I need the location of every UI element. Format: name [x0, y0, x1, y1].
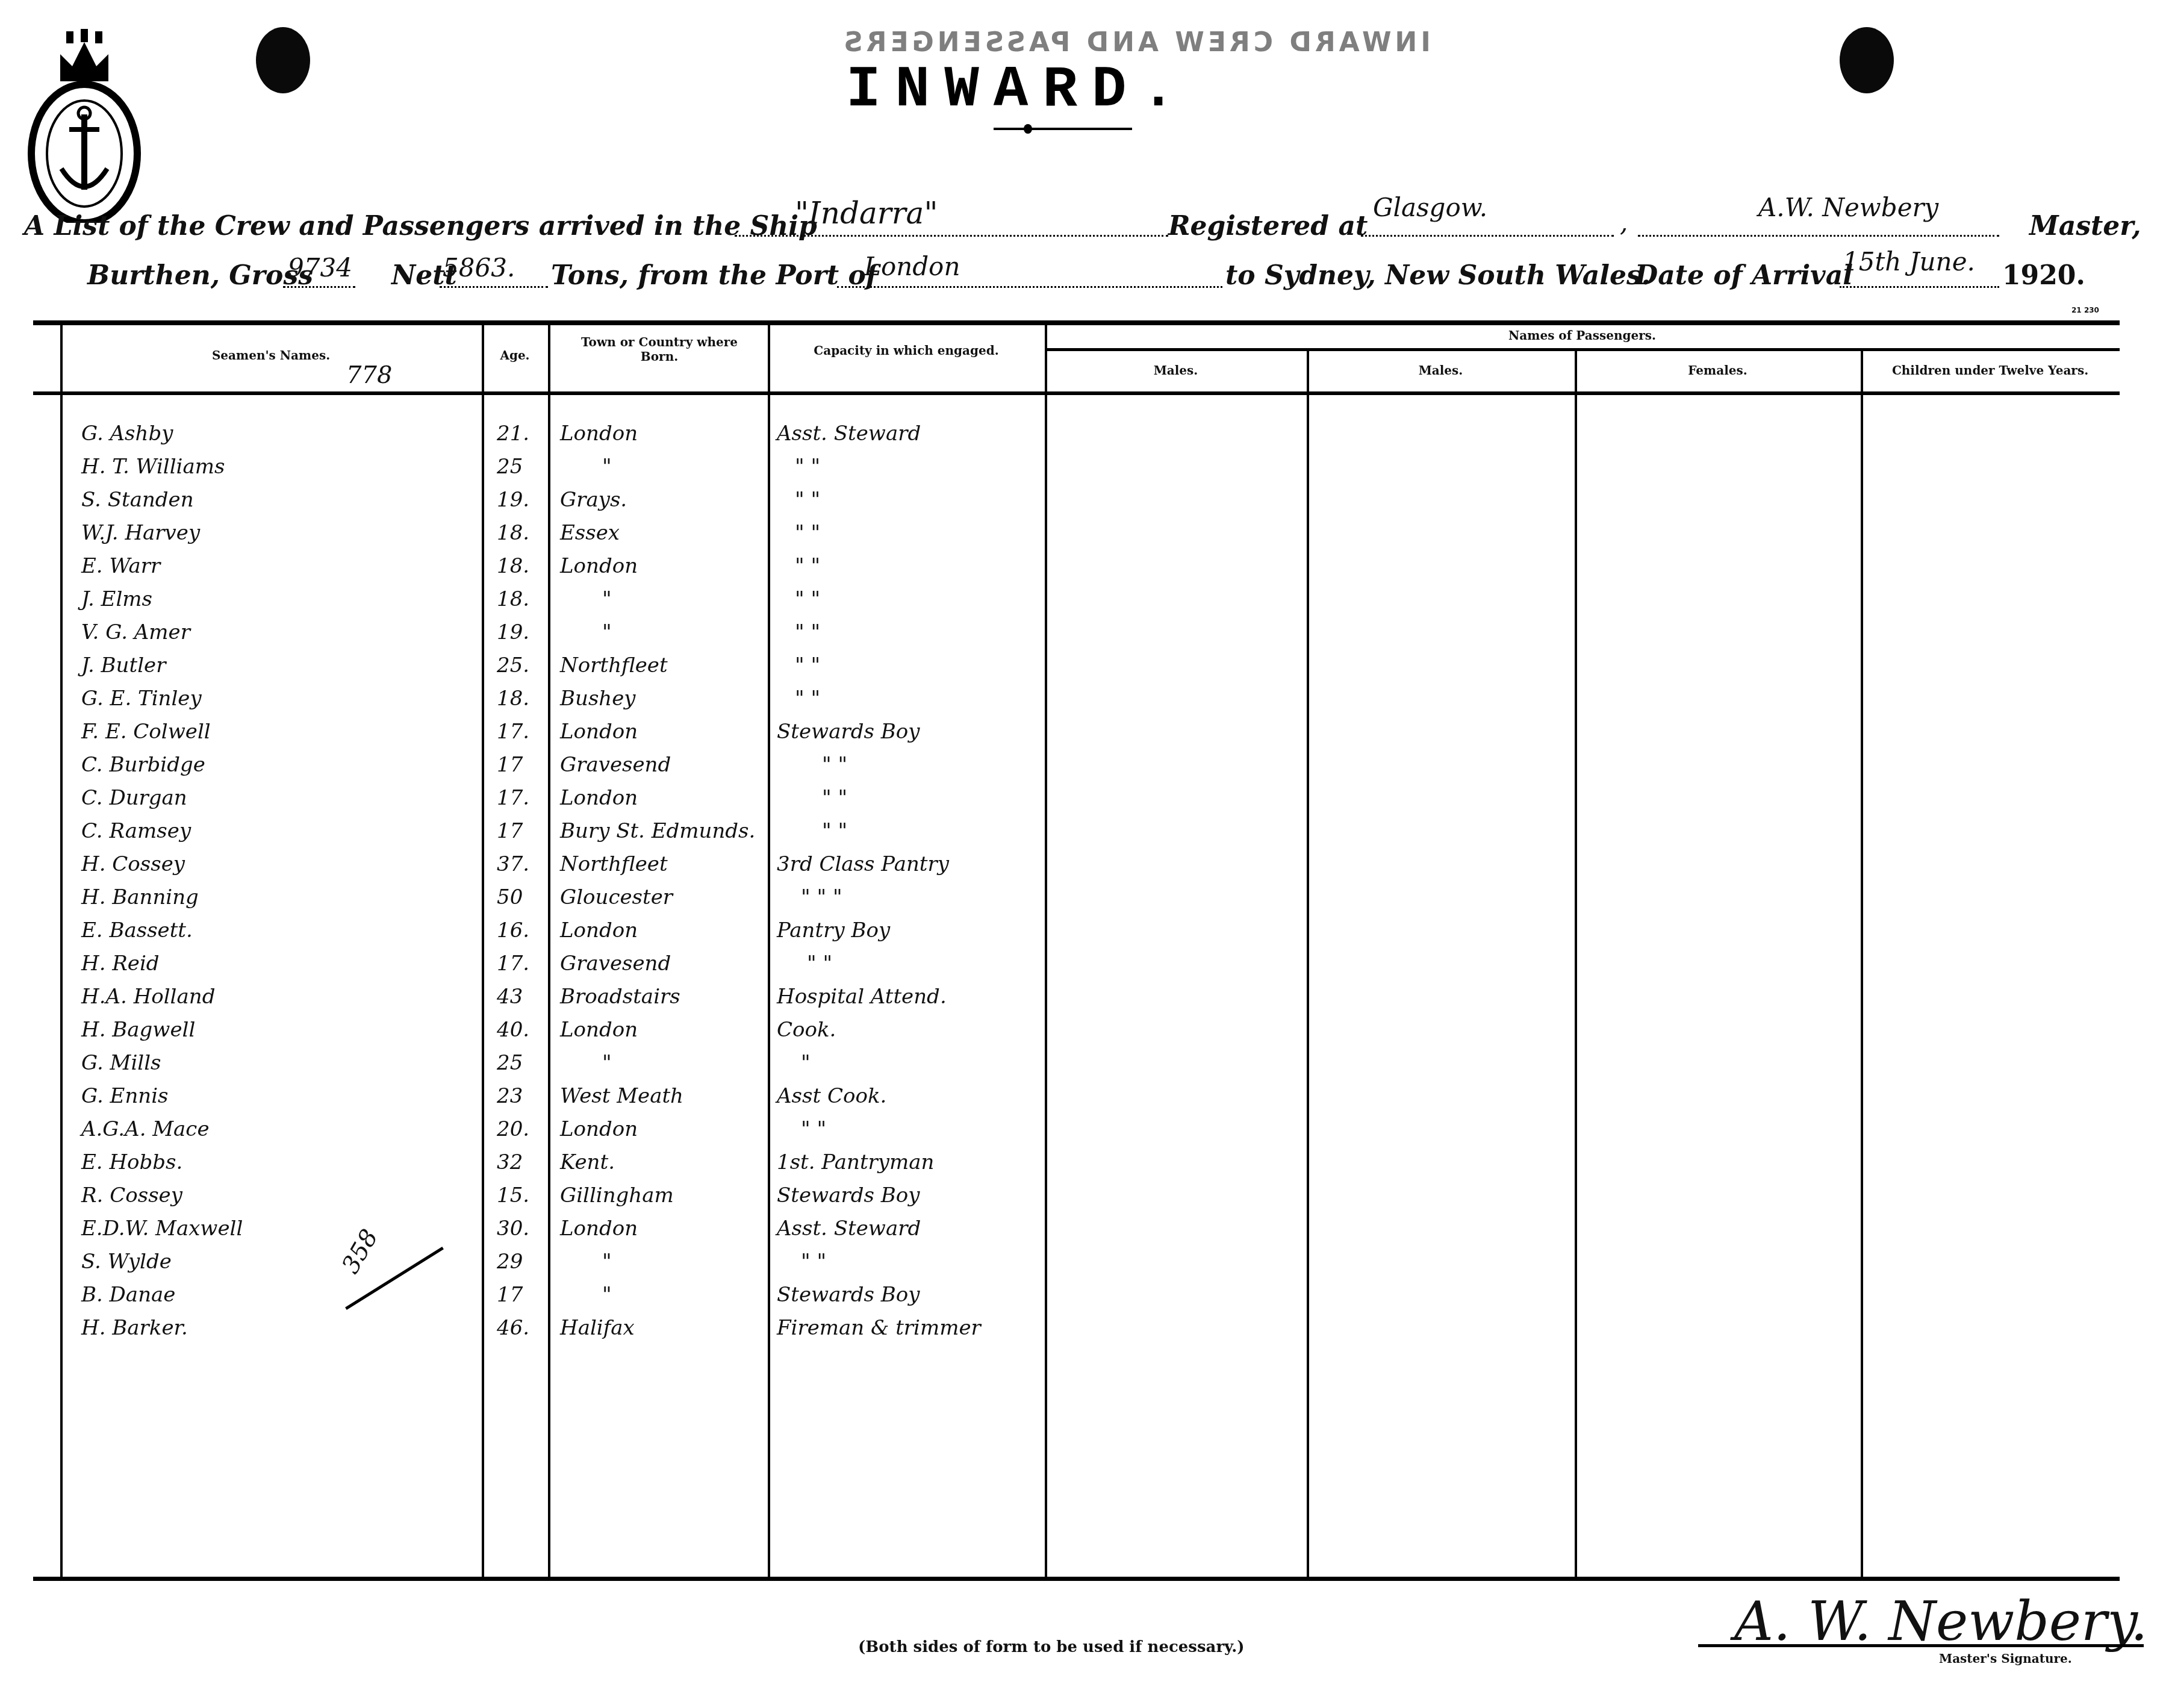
- seaman-birthplace: ": [602, 455, 612, 479]
- seaman-birthplace: London: [560, 554, 638, 578]
- seaman-capacity: Stewards Boy: [777, 720, 920, 744]
- table-row: C. Ramsey17Bury St. Edmunds." ": [0, 819, 1045, 852]
- col-header-children: Children under Twelve Years.: [1861, 363, 2120, 378]
- seaman-name: G. Mills: [81, 1051, 161, 1075]
- seaman-name: V. G. Amer: [81, 620, 190, 644]
- seaman-capacity: " ": [807, 952, 832, 976]
- seaman-birthplace: London: [560, 422, 638, 446]
- seaman-name: S. Wylde: [81, 1250, 172, 1274]
- col-divider-females-children: [1861, 351, 1863, 1579]
- seaman-age: 15.: [497, 1183, 529, 1208]
- seaman-age: 19.: [497, 488, 529, 512]
- seaman-age: 30.: [497, 1217, 529, 1241]
- col-divider-males-males: [1307, 351, 1309, 1579]
- seaman-birthplace: Grays.: [560, 488, 627, 512]
- bleed-through-text: INWARD CREW AND PASSENGERS: [840, 27, 1431, 58]
- col-header-passengers: Names of Passengers.: [1045, 328, 2120, 343]
- seaman-name: A.G.A. Mace: [81, 1117, 210, 1141]
- table-row: E. Bassett.16.LondonPantry Boy: [0, 918, 1045, 952]
- master-name-value: A.W. Newbery: [1758, 193, 1938, 222]
- seaman-age: 16.: [497, 918, 529, 943]
- table-row: A.G.A. Mace20.London" ": [0, 1117, 1045, 1150]
- table-top-rule: [33, 320, 2120, 325]
- registered-port-value: Glasgow.: [1373, 193, 1487, 222]
- seaman-name: C. Ramsey: [81, 819, 191, 843]
- seaman-capacity: Pantry Boy: [777, 918, 890, 943]
- col-header-name: Seamen's Names.: [60, 348, 482, 363]
- table-row: H. Banning50Gloucester" " ": [0, 885, 1045, 918]
- signature-line: [1698, 1644, 2144, 1647]
- table-row: B. Danae17"Stewards Boy: [0, 1283, 1045, 1316]
- seaman-name: C. Durgan: [81, 786, 187, 810]
- seaman-name: J. Butler: [81, 653, 166, 678]
- seaman-age: 17: [497, 753, 523, 777]
- table-row: J. Butler25.Northfleet" ": [0, 653, 1045, 687]
- seaman-age: 25: [497, 1051, 523, 1075]
- seaman-name: G. Ennis: [81, 1084, 169, 1108]
- from-port-label: Tons, from the Port of: [551, 260, 877, 291]
- seaman-capacity: Asst Cook.: [777, 1084, 886, 1108]
- seaman-birthplace: Bury St. Edmunds.: [560, 819, 755, 843]
- seaman-age: 17: [497, 819, 523, 843]
- seaman-name: C. Burbidge: [81, 753, 205, 777]
- table-row: C. Durgan17.London" ": [0, 786, 1045, 819]
- seaman-capacity: " " ": [801, 885, 842, 909]
- page-title: INWARD.: [846, 57, 1190, 123]
- seaman-age: 50: [497, 885, 523, 909]
- seaman-name: H. Banning: [81, 885, 199, 909]
- seaman-birthplace: ": [602, 1283, 612, 1307]
- burthen-label: Burthen, Gross: [87, 260, 313, 291]
- seaman-age: 46.: [497, 1316, 529, 1340]
- seaman-name: H. Reid: [81, 952, 160, 976]
- seaman-birthplace: Gravesend: [560, 753, 671, 777]
- table-row: S. Wylde29"" ": [0, 1250, 1045, 1283]
- arrival-field-line: [1840, 286, 1999, 288]
- seaman-birthplace: London: [560, 786, 638, 810]
- seaman-birthplace: Essex: [560, 521, 620, 545]
- from-port-field-line: [837, 286, 1222, 288]
- registered-field-line: [1361, 235, 1614, 237]
- table-row: G. Ennis23West MeathAsst Cook.: [0, 1084, 1045, 1117]
- seaman-age: 17.: [497, 952, 529, 976]
- header-bottom-rule: [33, 391, 2120, 395]
- seaman-birthplace: London: [560, 1117, 638, 1141]
- table-row: H. T. Williams25"" ": [0, 455, 1045, 488]
- seaman-capacity: " ": [822, 753, 847, 777]
- seaman-birthplace: Broadstairs: [560, 985, 680, 1009]
- table-row: V. G. Amer19."" ": [0, 620, 1045, 653]
- passenger-group-rule: [1045, 348, 2120, 351]
- table-row: H. Barker.46.HalifaxFireman & trimmer: [0, 1316, 1045, 1349]
- gross-field-line: [283, 286, 355, 288]
- signature-label: Master's Signature.: [1939, 1651, 2072, 1666]
- seaman-age: 17.: [497, 720, 529, 744]
- arrival-label: Date of Arrival: [1635, 260, 1853, 291]
- table-row: H. Cossey37.Northfleet3rd Class Pantry: [0, 852, 1045, 885]
- seaman-capacity: Stewards Boy: [777, 1283, 920, 1307]
- table-bottom-rule: [33, 1577, 2120, 1581]
- seaman-capacity: " ": [795, 488, 820, 512]
- nett-field-line: [440, 286, 548, 288]
- seaman-birthplace: Gravesend: [560, 952, 671, 976]
- comma: ,: [1620, 208, 1628, 237]
- seaman-birthplace: ": [602, 587, 612, 611]
- seaman-age: 18.: [497, 521, 529, 545]
- seaman-age: 17.: [497, 786, 529, 810]
- footnote: (Both sides of form to be used if necess…: [858, 1638, 1245, 1656]
- seaman-name: J. Elms: [81, 587, 152, 611]
- seaman-birthplace: London: [560, 1217, 638, 1241]
- seaman-age: 43: [497, 985, 523, 1009]
- seaman-birthplace: Gloucester: [560, 885, 673, 909]
- title-ornament: [994, 128, 1132, 130]
- seaman-capacity: " ": [801, 1117, 826, 1141]
- col-divider-males-females: [1575, 351, 1577, 1579]
- seaman-age: 18.: [497, 554, 529, 578]
- registered-label: Registered at: [1168, 211, 1368, 242]
- seaman-name: W.J. Harvey: [81, 521, 200, 545]
- seaman-birthplace: London: [560, 720, 638, 744]
- seaman-capacity: ": [801, 1051, 811, 1075]
- col-header-capacity: Capacity in which engaged.: [768, 343, 1045, 358]
- seaman-capacity: Asst. Steward: [777, 1217, 921, 1241]
- seaman-birthplace: West Meath: [560, 1084, 683, 1108]
- seaman-birthplace: Halifax: [560, 1316, 635, 1340]
- seaman-birthplace: ": [602, 620, 612, 644]
- seaman-name: B. Danae: [81, 1283, 175, 1307]
- seaman-birthplace: Northfleet: [560, 852, 668, 876]
- form-number: 21 230: [2071, 306, 2099, 314]
- master-field-line: [1638, 235, 1999, 237]
- seaman-capacity: " ": [795, 554, 820, 578]
- table-row: E.D.W. Maxwell30.LondonAsst. Steward: [0, 1217, 1045, 1250]
- col-header-age: Age.: [482, 348, 548, 363]
- seaman-name: H. Cossey: [81, 852, 185, 876]
- seaman-age: 29: [497, 1250, 523, 1274]
- table-row: W.J. Harvey18.Essex" ": [0, 521, 1045, 554]
- seaman-age: 18.: [497, 587, 529, 611]
- table-row: C. Burbidge17Gravesend" ": [0, 753, 1045, 786]
- nett-tons-value: 5863.: [443, 253, 515, 282]
- master-label: Master,: [2029, 211, 2141, 242]
- seaman-birthplace: ": [602, 1051, 612, 1075]
- col-header-males-1: Males.: [1045, 363, 1307, 378]
- seaman-name: F. E. Colwell: [81, 720, 211, 744]
- table-row: G. Ashby21.LondonAsst. Steward: [0, 422, 1045, 455]
- seaman-name: H. Barker.: [81, 1316, 188, 1340]
- header-line1-label: A List of the Crew and Passengers arrive…: [24, 211, 817, 242]
- seaman-capacity: 1st. Pantryman: [777, 1150, 934, 1174]
- table-row: H. Bagwell40.LondonCook.: [0, 1018, 1045, 1051]
- seaman-capacity: Stewards Boy: [777, 1183, 920, 1208]
- seaman-birthplace: Kent.: [560, 1150, 615, 1174]
- seaman-age: 18.: [497, 687, 529, 711]
- seaman-name: G. E. Tinley: [81, 687, 202, 711]
- table-row: J. Elms18."" ": [0, 587, 1045, 620]
- seaman-age: 21.: [497, 422, 529, 446]
- col-header-females: Females.: [1575, 363, 1861, 378]
- seaman-birthplace: London: [560, 1018, 638, 1042]
- seaman-age: 25.: [497, 653, 529, 678]
- seaman-capacity: " ": [822, 786, 847, 810]
- arrival-year: 1920.: [2002, 260, 2085, 291]
- seaman-age: 23: [497, 1084, 523, 1108]
- seaman-name: E. Warr: [81, 554, 160, 578]
- table-row: E. Warr18.London" ": [0, 554, 1045, 587]
- seaman-name: H. T. Williams: [81, 455, 225, 479]
- col-header-males-2: Males.: [1307, 363, 1575, 378]
- destination-label: to Sydney, New South Wales.: [1225, 260, 1651, 291]
- table-row: H.A. Holland43BroadstairsHospital Attend…: [0, 985, 1045, 1018]
- seaman-name: H. Bagwell: [81, 1018, 195, 1042]
- table-row: G. E. Tinley18.Bushey" ": [0, 687, 1045, 720]
- ship-name-value: "Indarra": [795, 196, 938, 231]
- seaman-age: 37.: [497, 852, 529, 876]
- seaman-capacity: Cook.: [777, 1018, 836, 1042]
- table-row: G. Mills25"": [0, 1051, 1045, 1084]
- seaman-capacity: " ": [795, 687, 820, 711]
- table-row: S. Standen19.Grays." ": [0, 488, 1045, 521]
- seaman-capacity: " ": [795, 653, 820, 678]
- punch-hole-left: [256, 27, 310, 93]
- seaman-birthplace: ": [602, 1250, 612, 1274]
- seaman-age: 20.: [497, 1117, 529, 1141]
- seaman-birthplace: London: [560, 918, 638, 943]
- seaman-capacity: " ": [795, 455, 820, 479]
- seaman-capacity: " ": [795, 587, 820, 611]
- gross-tons-value: 9734: [288, 253, 352, 282]
- table-row: H. Reid17.Gravesend" ": [0, 952, 1045, 985]
- seaman-capacity: " ": [801, 1250, 826, 1274]
- seaman-capacity: Asst. Steward: [777, 422, 921, 446]
- table-row: E. Hobbs.32Kent.1st. Pantryman: [0, 1150, 1045, 1183]
- seaman-birthplace: Northfleet: [560, 653, 668, 678]
- seaman-birthplace: Bushey: [560, 687, 636, 711]
- seaman-capacity: Hospital Attend.: [777, 985, 947, 1009]
- seaman-capacity: Fireman & trimmer: [777, 1316, 981, 1340]
- seaman-name: S. Standen: [81, 488, 194, 512]
- seaman-age: 17: [497, 1283, 523, 1307]
- col-header-town: Town or Country where Born.: [578, 335, 741, 364]
- seaman-name: E. Hobbs.: [81, 1150, 182, 1174]
- seaman-name: E. Bassett.: [81, 918, 193, 943]
- seaman-name: H.A. Holland: [81, 985, 215, 1009]
- seaman-age: 25: [497, 455, 523, 479]
- seaman-capacity: " ": [795, 620, 820, 644]
- col-divider-capacity-passengers: [1045, 323, 1047, 1579]
- table-row: F. E. Colwell17.LondonStewards Boy: [0, 720, 1045, 753]
- seaman-capacity: " ": [795, 521, 820, 545]
- seaman-age: 19.: [497, 620, 529, 644]
- seaman-name: R. Cossey: [81, 1183, 182, 1208]
- ship-name-field-line: [735, 235, 1168, 237]
- punch-hole-right: [1840, 27, 1894, 93]
- from-port-value: London: [864, 252, 960, 281]
- seaman-name: E.D.W. Maxwell: [81, 1217, 243, 1241]
- table-row: R. Cossey15.GillinghamStewards Boy: [0, 1183, 1045, 1217]
- seaman-name: G. Ashby: [81, 422, 173, 446]
- seaman-age: 32: [497, 1150, 523, 1174]
- seaman-capacity: " ": [822, 819, 847, 843]
- seaman-age: 40.: [497, 1018, 529, 1042]
- seaman-birthplace: Gillingham: [560, 1183, 674, 1208]
- seaman-capacity: 3rd Class Pantry: [777, 852, 949, 876]
- annotation-778: 778: [346, 361, 392, 389]
- seal-anchor-icon: [24, 24, 145, 223]
- arrival-date-value: 15th June.: [1843, 247, 1975, 276]
